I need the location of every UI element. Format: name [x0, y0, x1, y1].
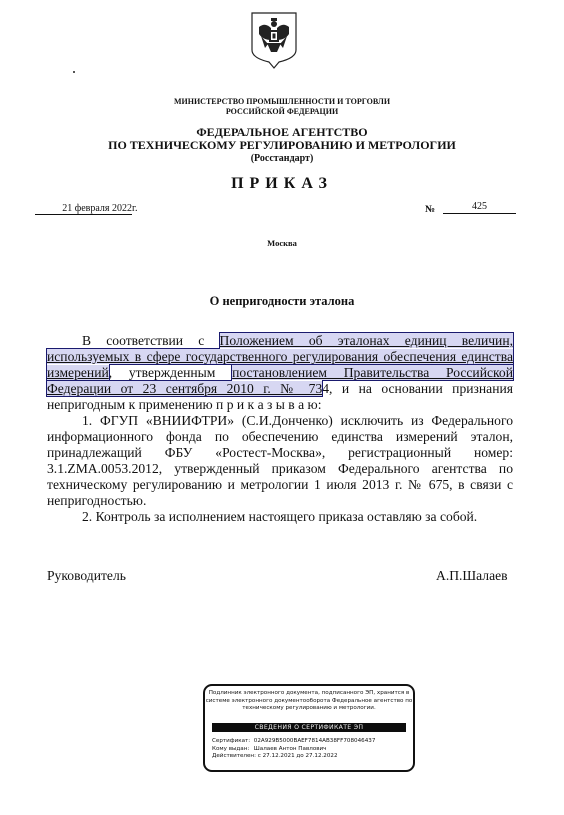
preamble-mid: , утвержденным [109, 365, 232, 380]
e-signature-stamp: Подлинник электронного документа, подпис… [203, 684, 415, 772]
certificate-label: Сертификат: [212, 738, 252, 746]
ministry-line-1: МИНИСТЕРСТВО ПРОМЫШЛЕННОСТИ И ТОРГОВЛИ [0, 97, 564, 107]
coat-of-arms-icon [249, 10, 299, 70]
document-date: 21 февраля 2022 [35, 203, 132, 215]
document-city: Москва [0, 238, 564, 248]
document-date-suffix: г. [132, 203, 137, 214]
agency-line-2: ПО ТЕХНИЧЕСКОМУ РЕГУЛИРОВАНИЮ И МЕТРОЛОГ… [0, 139, 564, 152]
preamble-start: В соответствии с [82, 333, 220, 348]
ministry-name: МИНИСТЕРСТВО ПРОМЫШЛЕННОСТИ И ТОРГОВЛИ Р… [0, 97, 564, 117]
validity-value: с 27.12.2021 до 27.12.2022 [258, 753, 338, 759]
certificate-value: 02A929B5000BAEF7814AB38FF708046437 [254, 738, 376, 744]
signatory-role: Руководитель [47, 568, 126, 584]
scan-speck [73, 71, 75, 73]
document-number: 425 [443, 201, 516, 214]
ministry-line-2: РОССИЙСКОЙ ФЕДЕРАЦИИ [0, 107, 564, 117]
issued-to-value: Шалаев Антон Павлович [254, 746, 327, 752]
stamp-header-bar: СВЕДЕНИЯ О СЕРТИФИКАТЕ ЭП [212, 723, 406, 732]
certificate-row: Сертификат: 02A929B5000BAEF7814AB38FF708… [212, 738, 375, 746]
validity-row: Действителен: с 27.12.2021 до 27.12.2022 [212, 753, 375, 761]
document-type: ПРИКАЗ [0, 175, 564, 193]
agency-short-name: (Росстандарт) [0, 153, 564, 164]
paragraph-preamble: В соответствии с Положением об эталонах … [47, 333, 513, 413]
document-body: В соответствии с Положением об эталонах … [47, 333, 513, 525]
agency-name: ФЕДЕРАЛЬНОЕ АГЕНТСТВО ПО ТЕХНИЧЕСКОМУ РЕ… [0, 126, 564, 152]
number-sign: № [425, 204, 435, 215]
issued-to-label: Кому выдан: [212, 746, 252, 754]
paragraph-item-1: 1. ФГУП «ВНИИФТРИ» (С.И.Донченко) исключ… [47, 413, 513, 509]
document-title: О непригодности эталона [0, 294, 564, 309]
paragraph-item-2: 2. Контроль за исполнением настоящего пр… [47, 509, 513, 525]
issued-to-row: Кому выдан: Шалаев Антон Павлович [212, 746, 375, 754]
signatory-name: А.П.Шалаев [436, 568, 508, 584]
validity-label: Действителен: [212, 753, 256, 759]
certificate-info: Сертификат: 02A929B5000BAEF7814AB38FF708… [212, 738, 375, 761]
stamp-note: Подлинник электронного документа, подпис… [205, 690, 413, 713]
